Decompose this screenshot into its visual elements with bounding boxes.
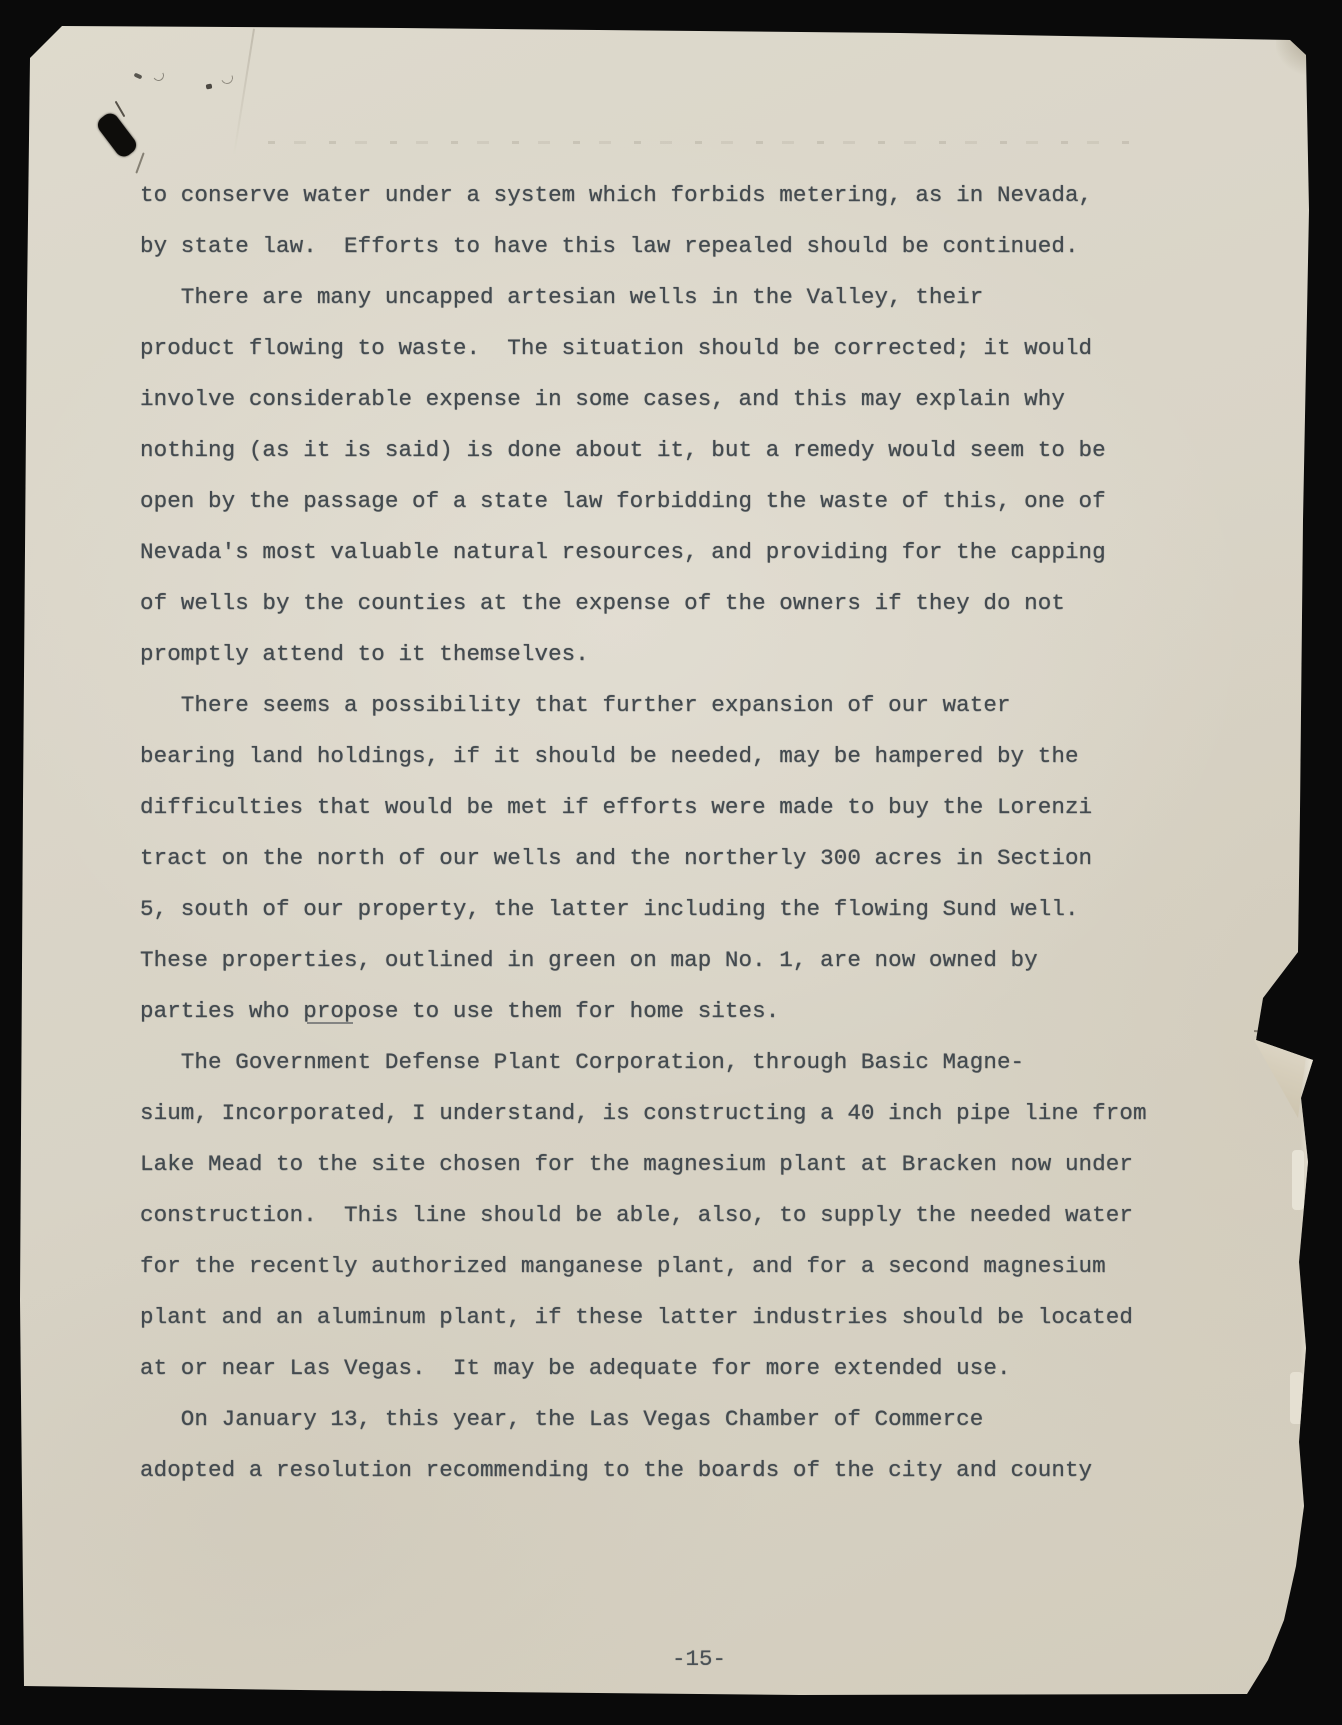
erased-text-smudge	[268, 141, 1134, 144]
text-line: construction. This line should be able, …	[140, 1190, 1180, 1241]
text-line: These properties, outlined in green on m…	[140, 935, 1180, 986]
pencil-mark	[152, 69, 165, 82]
text-line: There seems a possibility that further e…	[140, 680, 1180, 731]
text-line: for the recently authorized manganese pl…	[140, 1241, 1180, 1292]
pencil-mark	[219, 70, 234, 85]
text-line: tract on the north of our wells and the …	[140, 833, 1180, 884]
torn-edge-nick	[1290, 1372, 1303, 1424]
text-line: bearing land holdings, if it should be n…	[140, 731, 1180, 782]
ink-blot-hole	[94, 110, 139, 160]
page-number: -15-	[634, 1644, 764, 1674]
dogear-fold	[1276, 38, 1312, 82]
paper-crease	[233, 29, 255, 156]
document-page: to conserve water under a system which f…	[0, 0, 1342, 1725]
text-line: parties who propose to use them for home…	[140, 986, 1180, 1037]
text-line: There are many uncapped artesian wells i…	[140, 272, 1180, 323]
text-line: by state law. Efforts to have this law r…	[140, 221, 1180, 272]
text-line: of wells by the counties at the expense …	[140, 578, 1180, 629]
text-line: promptly attend to it themselves.	[140, 629, 1180, 680]
text-line: 5, south of our property, the latter inc…	[140, 884, 1180, 935]
text-line: The Government Defense Plant Corporation…	[140, 1037, 1180, 1088]
text-line: product flowing to waste. The situation …	[140, 323, 1180, 374]
text-line: On January 13, this year, the Las Vegas …	[140, 1394, 1180, 1445]
text-line: at or near Las Vegas. It may be adequate…	[140, 1343, 1180, 1394]
pencil-mark	[206, 84, 213, 90]
text-line: plant and an aluminum plant, if these la…	[140, 1292, 1180, 1343]
text-line: Nevada's most valuable natural resources…	[140, 527, 1180, 578]
text-line: involve considerable expense in some cas…	[140, 374, 1180, 425]
typewritten-text: to conserve water under a system which f…	[140, 170, 1180, 1496]
text-line: sium, Incorporated, I understand, is con…	[140, 1088, 1180, 1139]
text-line: nothing (as it is said) is done about it…	[140, 425, 1180, 476]
text-line: open by the passage of a state law forbi…	[140, 476, 1180, 527]
torn-edge-highlight	[1300, 940, 1314, 1700]
torn-edge-fold-crease	[1254, 1030, 1310, 1036]
ink-blot-tail	[115, 101, 126, 118]
torn-edge-nick	[1292, 1150, 1304, 1210]
text-line: adopted a resolution recommending to the…	[140, 1445, 1180, 1496]
text-line: to conserve water under a system which f…	[140, 170, 1180, 221]
scan-background: to conserve water under a system which f…	[0, 0, 1342, 1725]
pencil-mark	[134, 72, 143, 79]
text-line: Lake Mead to the site chosen for the mag…	[140, 1139, 1180, 1190]
text-line: difficulties that would be met if effort…	[140, 782, 1180, 833]
underline-mark	[307, 1022, 353, 1024]
